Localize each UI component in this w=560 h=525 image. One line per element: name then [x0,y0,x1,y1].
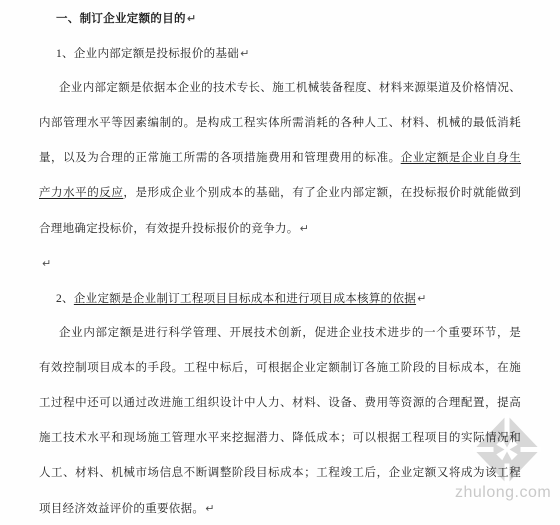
empty-line: ↵ [39,246,521,281]
text-line: 内部管理水平等因素编制的。是构成工程实体所需消耗的各种人工、材料、机械的最低消耗 [39,106,521,141]
document-page: 一、制订企业定额的目的↵ 1、企业内部定额是投标报价的基础↵ 企业内部定额是依据… [0,0,560,525]
subheading-1-text: 1、企业内部定额是投标报价的基础 [56,48,239,60]
subheading-1: 1、企业内部定额是投标报价的基础↵ [39,36,521,71]
text-line: 企业内部定额是依据本企业的技术专长、施工机械装备程度、材料来源渠道及价格情况、 [39,71,521,106]
text-line-text: 企业内部定额是进行科学管理、开展技术创新，促进企业技术进步的一个重要环节，是 [59,327,521,339]
text-line-text: 施工技术水平和现场施工管理水平来挖掘潜力、降低成本；可以根据工程项目的实际情况和 [39,432,521,444]
text-block: 一、制订企业定额的目的↵ 1、企业内部定额是投标报价的基础↵ 企业内部定额是依据… [39,1,521,525]
underlined-text: 企业定额是企业自身生 [401,152,521,164]
paragraph-mark-icon: ↵ [42,257,52,270]
paragraph-mark-icon: ↵ [187,12,197,25]
text-line: 量，以及为合理的正常施工所需的各项措施费用和管理费用的标准。企业定额是企业自身生 [39,141,521,176]
paragraph-mark-icon: ↵ [240,47,250,60]
text-line-text: 企业内部定额是依据本企业的技术专长、施工机械装备程度、材料来源渠道及价格情况、 [59,82,521,94]
paragraph-mark-icon: ↵ [417,292,427,305]
paragraph-mark-icon: ↵ [205,502,215,515]
text-line-text: ，是形成企业个别成本的基础，有了企业内部定额，在投标报价时就能做到 [123,187,521,199]
text-line-text: 合理地确定投标价，有效提升投标报价的竞争力。 [39,223,299,235]
text-line: 施工技术水平和现场施工管理水平来挖掘潜力、降低成本；可以根据工程项目的实际情况和 [39,421,521,456]
text-line-text: 人工、材料、机械市场信息不断调整阶段目标成本；工程竣工后，企业定额又将成为该工程 [39,467,521,479]
text-line: 工过程中还可以通过改进施工组织设计中人力、材料、设备、费用等资源的合理配置，提高 [39,386,521,421]
subheading-2: 2、企业定额是企业制订工程项目目标成本和进行项目成本核算的依据↵ [39,281,521,316]
text-line-text: 内部管理水平等因素编制的。是构成工程实体所需消耗的各种人工、材料、机械的最低消耗 [39,117,521,129]
underlined-text: 产力水平的反应 [39,187,123,199]
section-heading: 一、制订企业定额的目的↵ [39,1,521,36]
text-line: 人工、材料、机械市场信息不断调整阶段目标成本；工程竣工后，企业定额又将成为该工程 [39,456,521,491]
text-line: 项目经济效益评价的重要依据。↵ [39,491,521,525]
text-line-text: 有效控制项目成本的手段。工程中标后，可根据企业定额制订各施工阶段的目标成本，在施 [39,362,521,374]
paragraph-mark-icon: ↵ [300,222,310,235]
text-line: 企业内部定额是进行科学管理、开展技术创新，促进企业技术进步的一个重要环节，是 [39,316,521,351]
text-line-text: 量，以及为合理的正常施工所需的各项措施费用和管理费用的标准。 [39,152,401,164]
text-line-text: 工过程中还可以通过改进施工组织设计中人力、材料、设备、费用等资源的合理配置，提高 [39,397,521,409]
text-line: 产力水平的反应，是形成企业个别成本的基础，有了企业内部定额，在投标报价时就能做到 [39,176,521,211]
section-heading-text: 一、制订企业定额的目的 [56,13,186,25]
text-line: 合理地确定投标价，有效提升投标报价的竞争力。↵ [39,211,521,246]
text-line: 有效控制项目成本的手段。工程中标后，可根据企业定额制订各施工阶段的目标成本，在施 [39,351,521,386]
underlined-text: 企业定额是企业制订工程项目目标成本和进行项目成本核算的依据 [74,293,416,305]
subheading-2-number: 2、 [56,293,74,305]
text-line-text: 项目经济效益评价的重要依据。 [39,503,204,515]
